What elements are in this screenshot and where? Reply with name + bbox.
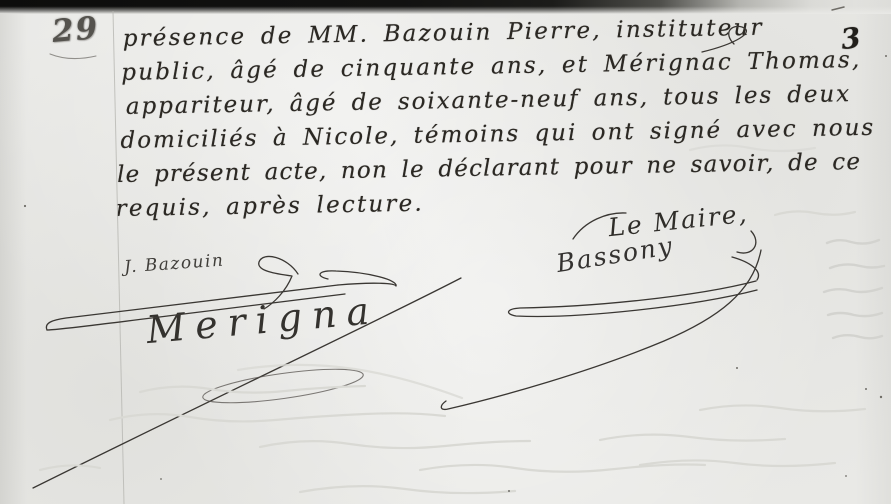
signature-flourish-mayor (441, 250, 761, 409)
record-text-block: présence de MM. Bazouin Pierre, institut… (0, 0, 891, 260)
record-text-line-4: domiciliés à Nicole, témoins qui ont sig… (120, 115, 875, 154)
record-text-line-2: public, âgé de cinquante ans, et Mérigna… (121, 47, 862, 86)
record-text-line-1: présence de MM. Bazouin Pierre, institut… (122, 15, 764, 52)
scan-page: 29 3 présence de MM. Bazouin Pierre, ins… (0, 0, 891, 504)
record-text-line-5: le présent acte, non le déclarant pour n… (117, 149, 862, 188)
witness-signature-merignac: Merigna (145, 288, 381, 352)
record-text-line-3: appariteur, âgé de soixante-neuf ans, to… (126, 81, 852, 120)
record-text-line-6: requis, après lecture. (115, 191, 424, 222)
